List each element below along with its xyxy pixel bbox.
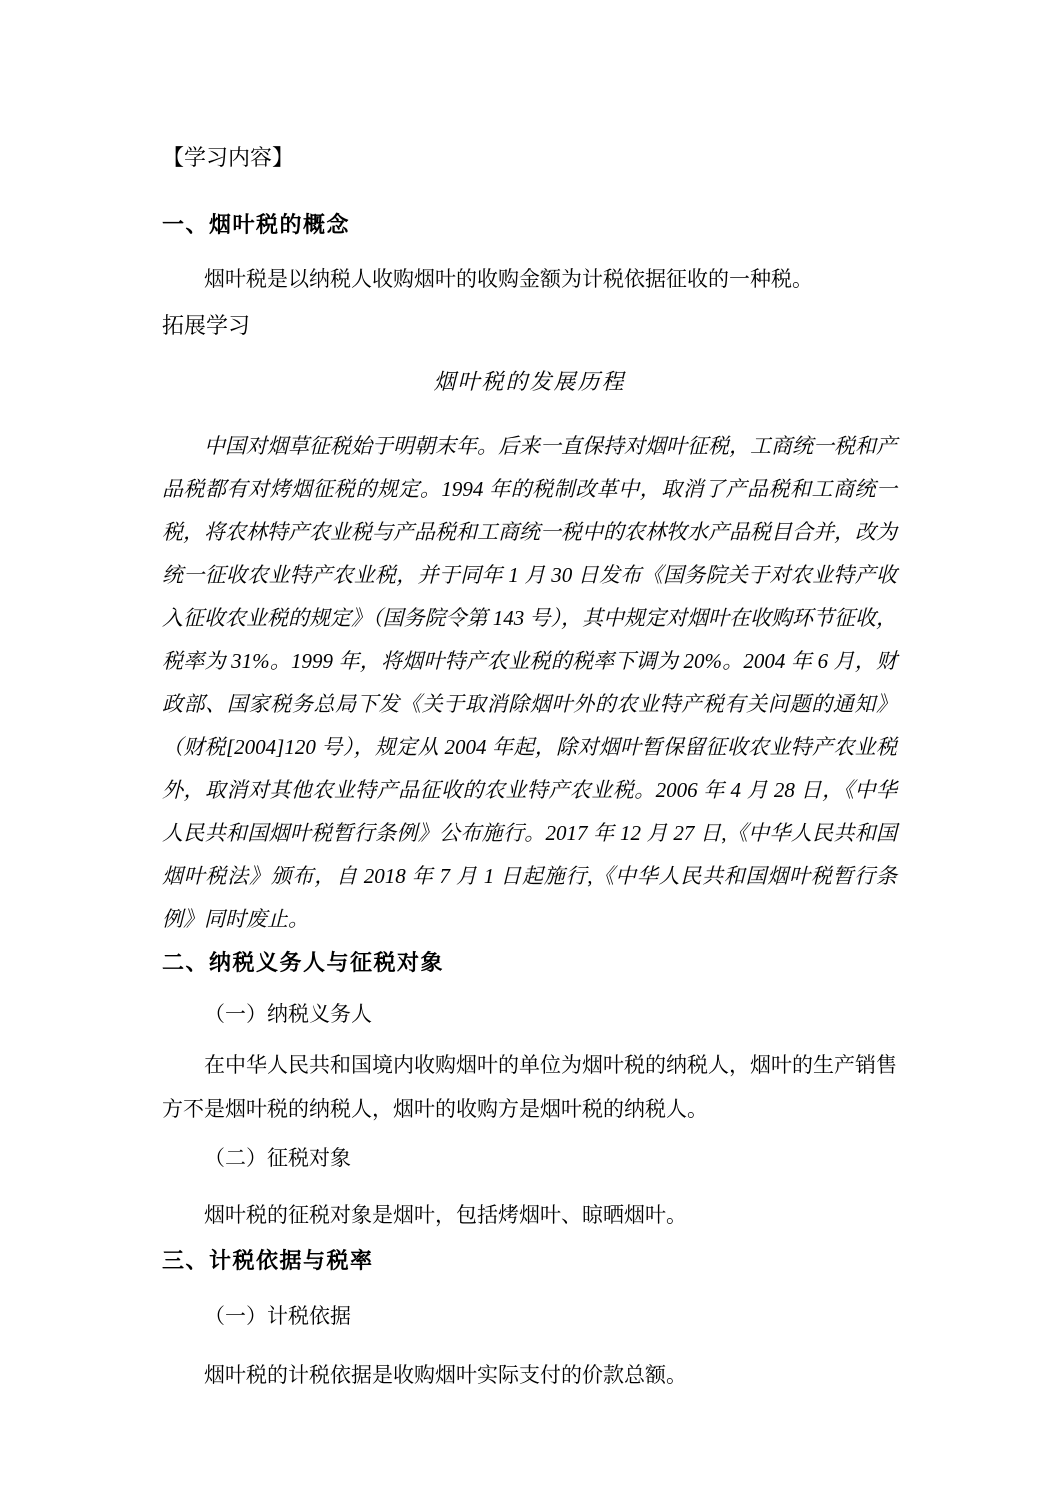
content-section-label: 【学习内容】	[162, 145, 897, 171]
document-page: 【学习内容】 一、烟叶税的概念 烟叶税是以纳税人收购烟叶的收购金额为计税依据征收…	[0, 0, 1059, 1497]
section-2-sub-1-heading: （一）纳税义务人	[162, 999, 897, 1029]
section-1-heading: 一、烟叶税的概念	[162, 211, 897, 239]
extension-title: 烟叶税的发展历程	[162, 367, 897, 397]
section-3-sub-1-heading: （一）计税依据	[162, 1301, 897, 1331]
section-2-sub-1-paragraph: 在中华人民共和国境内收购烟叶的单位为烟叶税的纳税人，烟叶的生产销售方不是烟叶税的…	[162, 1043, 897, 1131]
section-3-sub-1-paragraph: 烟叶税的计税依据是收购烟叶实际支付的价款总额。	[162, 1353, 897, 1397]
section-2-heading: 二、纳税义务人与征税对象	[162, 949, 897, 977]
extension-study-label: 拓展学习	[162, 311, 897, 341]
section-3-heading: 三、计税依据与税率	[162, 1247, 897, 1275]
section-2-sub-2-heading: （二）征税对象	[162, 1143, 897, 1173]
section-2-sub-2-paragraph: 烟叶税的征税对象是烟叶，包括烤烟叶、晾晒烟叶。	[162, 1193, 897, 1237]
section-1-paragraph: 烟叶税是以纳税人收购烟叶的收购金额为计税依据征收的一种税。	[162, 257, 897, 301]
extension-body-paragraph: 中国对烟草征税始于明朝末年。后来一直保持对烟叶征税，工商统一税和产品税都有对烤烟…	[162, 425, 897, 941]
